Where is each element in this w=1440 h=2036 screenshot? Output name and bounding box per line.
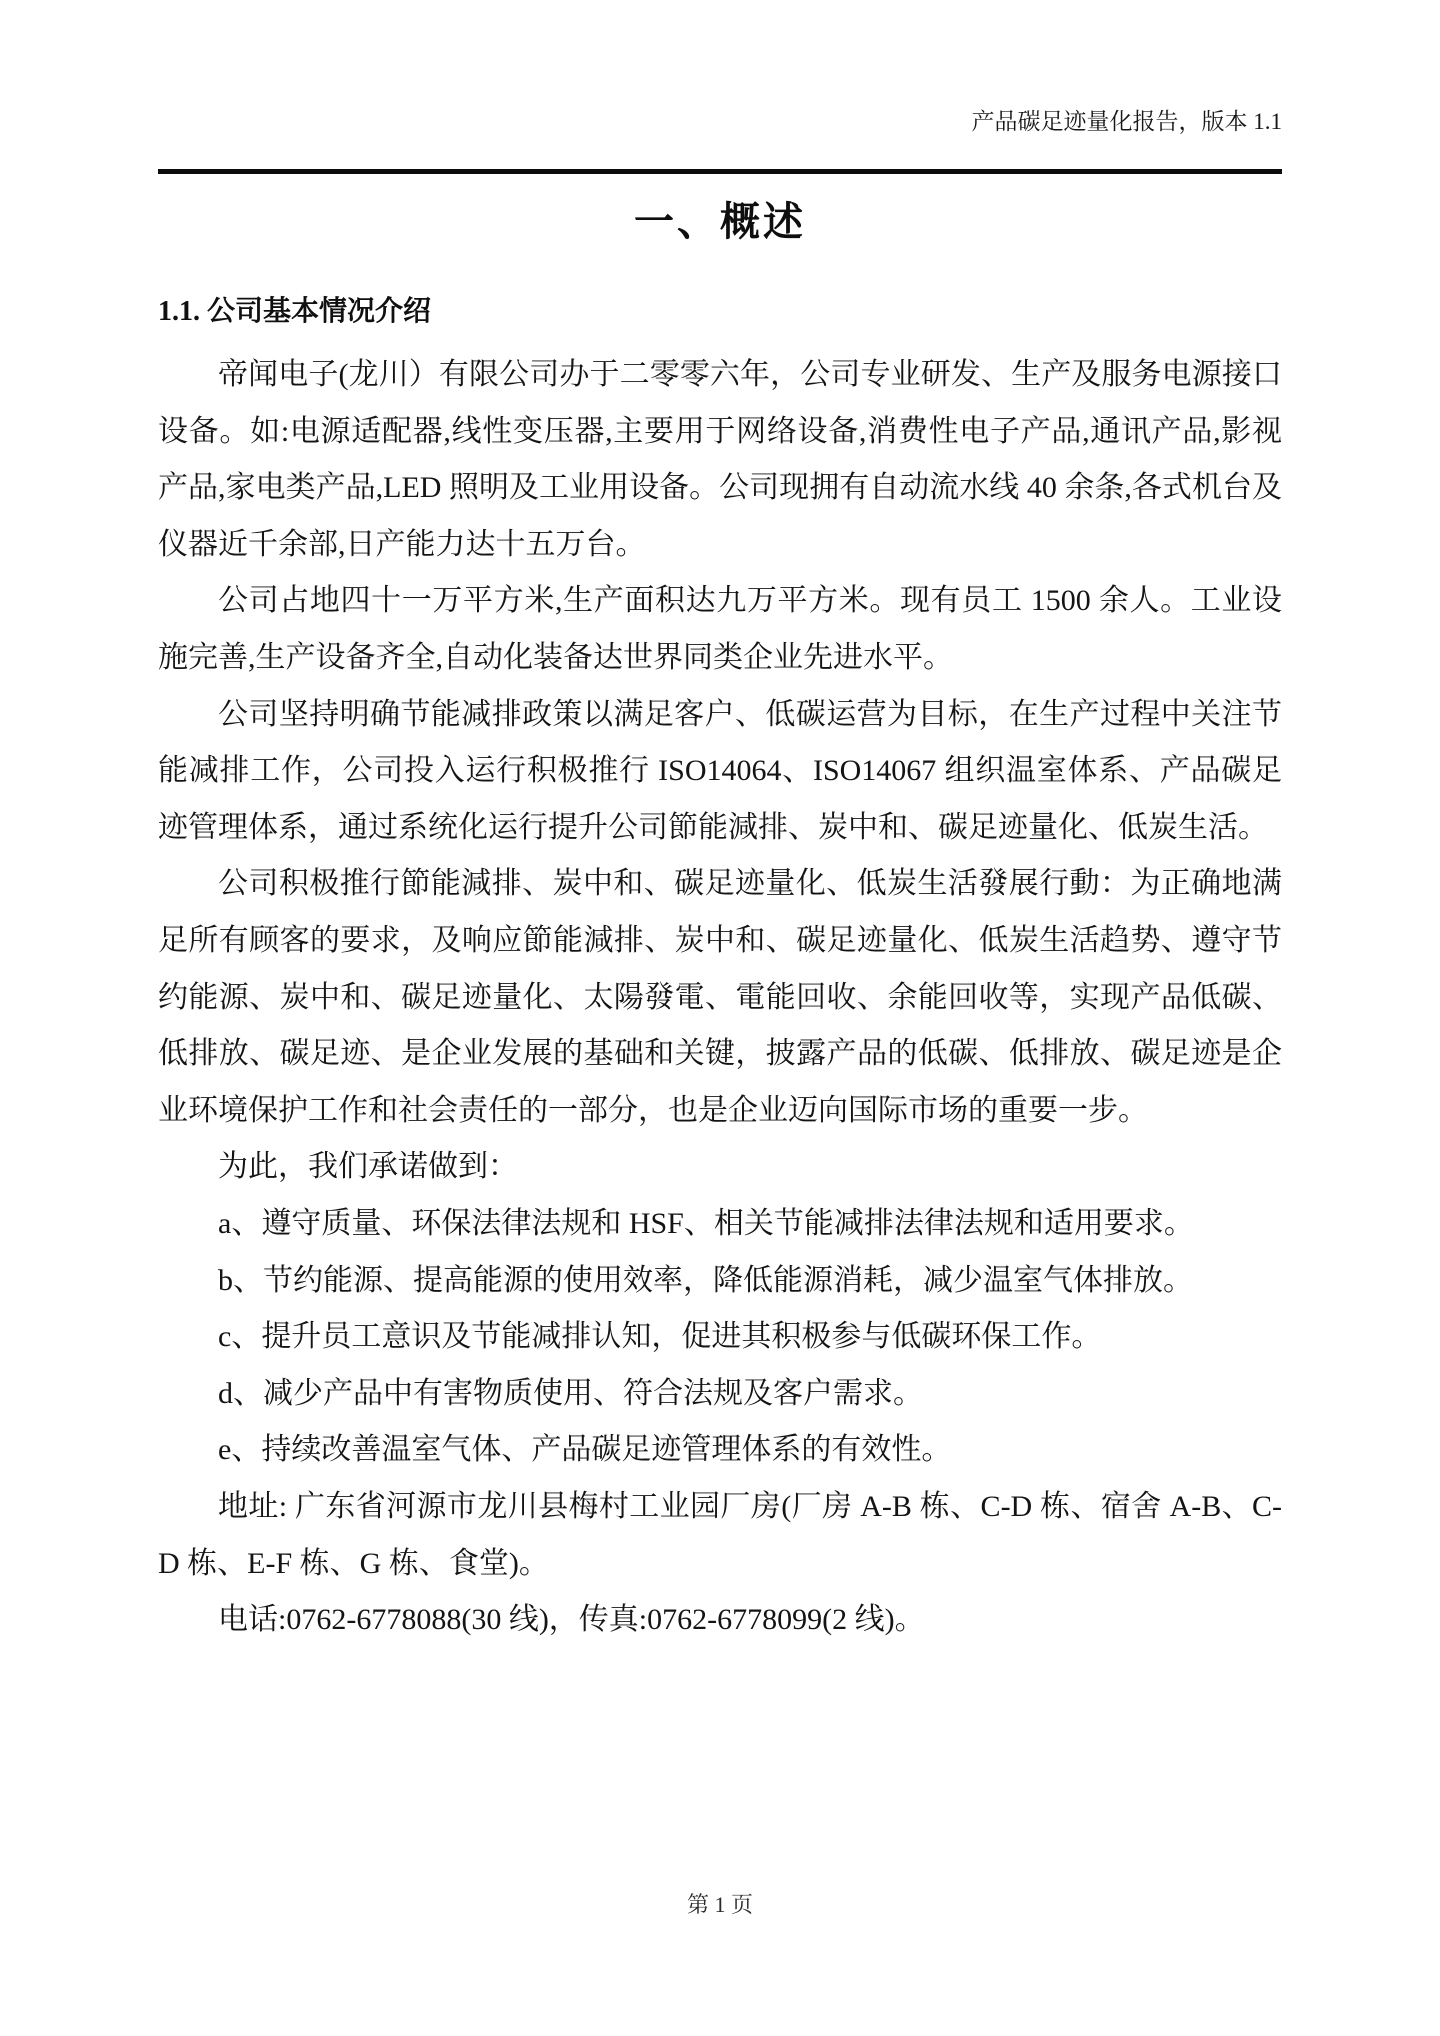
commitment-item-a: a、遵守质量、环保法律法规和 HSF、相关节能减排法律法规和适用要求。 xyxy=(158,1196,1282,1253)
page-header: 产品碳足迹量化报告，版本 1.1 xyxy=(158,106,1282,137)
commitment-item-b: b、节约能源、提高能源的使用效率，降低能源消耗，减少温室气体排放。 xyxy=(158,1253,1282,1310)
subsection-heading: 1.1. 公司基本情况介绍 xyxy=(158,289,1282,329)
paragraph-promotion: 公司积极推行節能減排、炭中和、碳足迹量化、低炭生活發展行動：为正确地满足所有顾客… xyxy=(158,856,1282,1139)
paragraph-phone: 电话:0762-6778088(30 线)，传真:0762-6778099(2 … xyxy=(158,1592,1282,1649)
page-footer: 第 1 页 xyxy=(0,1888,1440,1919)
paragraph-address: 地址: 广东省河源市龙川县梅村工业园厂房(厂房 A-B 栋、C-D 栋、宿舍 A… xyxy=(158,1479,1282,1592)
paragraph-company-intro: 帝闻电子(龙川）有限公司办于二零零六年，公司专业研发、生产及服务电源接口设备。如… xyxy=(158,347,1282,573)
section-title: 一、概述 xyxy=(158,190,1282,247)
header-divider xyxy=(158,169,1282,174)
page-number: 第 1 页 xyxy=(687,1892,753,1917)
paragraph-commitment-intro: 为此，我们承诺做到： xyxy=(158,1139,1282,1196)
commitment-item-c: c、提升员工意识及节能减排认知，促进其积极参与低碳环保工作。 xyxy=(158,1309,1282,1366)
document-page: 产品碳足迹量化报告，版本 1.1 一、概述 1.1. 公司基本情况介绍 帝闻电子… xyxy=(0,0,1440,2036)
commitment-item-e: e、持续改善温室气体、产品碳足迹管理体系的有效性。 xyxy=(158,1422,1282,1479)
paragraph-site-area: 公司占地四十一万平方米,生产面积达九万平方米。现有员工 1500 余人。工业设施… xyxy=(158,573,1282,686)
commitment-item-d: d、减少产品中有害物质使用、符合法规及客户需求。 xyxy=(158,1366,1282,1423)
header-title: 产品碳足迹量化报告，版本 1.1 xyxy=(972,109,1283,134)
body-text: 帝闻电子(龙川）有限公司办于二零零六年，公司专业研发、生产及服务电源接口设备。如… xyxy=(158,347,1282,1649)
paragraph-policy: 公司坚持明确节能减排政策以满足客户、低碳运营为目标，在生产过程中关注节能减排工作… xyxy=(158,687,1282,857)
